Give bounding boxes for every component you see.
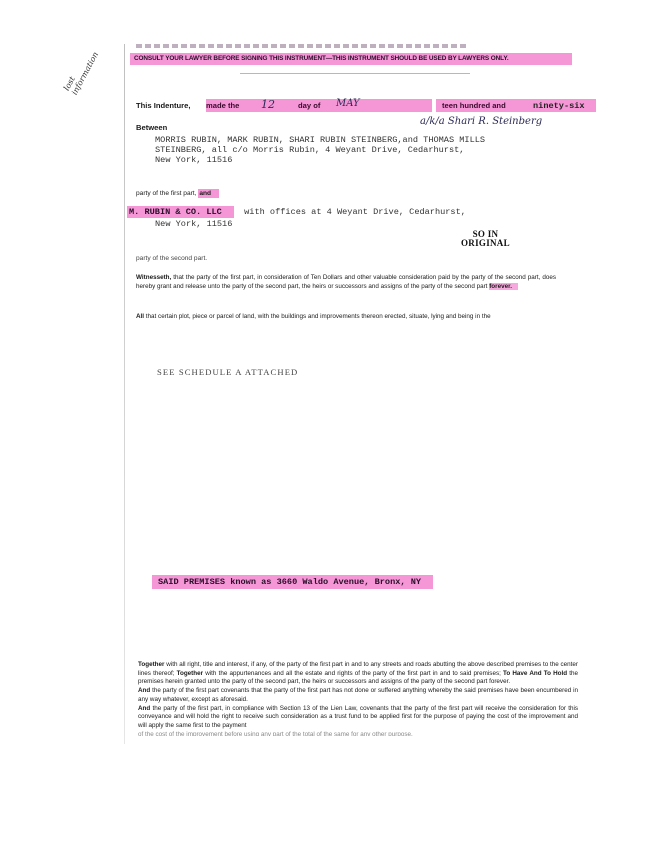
handwritten-month: MAY (336, 98, 360, 109)
stamp-line-2: ORIGINAL (461, 239, 510, 248)
year-prefix: teen hundred and (442, 101, 506, 110)
all-that-clause: All that certain plot, piece or parcel o… (136, 313, 556, 322)
so-in-original-stamp: SO IN ORIGINAL (461, 230, 510, 248)
covenant-cut-line: of the cost of the improvement before us… (138, 731, 578, 736)
first-party-label-line: party of the first part, and (136, 189, 219, 198)
between-label: Between (136, 123, 167, 132)
covenant1-text: the party of the first part covenants th… (138, 687, 578, 703)
forever-highlight: forever. (489, 283, 518, 290)
witnesseth-lead: Witnesseth, (136, 274, 171, 281)
first-party-block: MORRIS RUBIN, MARK RUBIN, SHARI RUBIN ST… (155, 135, 485, 165)
faint-header-text (136, 44, 466, 48)
together-text-2: with the appurtenances and all the estat… (203, 670, 503, 677)
covenants-block: Together with all right, title and inter… (138, 661, 578, 736)
together-lead-2: Together (177, 670, 203, 677)
all-that-text: that certain plot, piece or parcel of la… (144, 313, 491, 320)
second-party-block: M. RUBIN & CO. LLC with offices at 4 Wey… (127, 201, 587, 229)
second-party-name: M. RUBIN & CO. LLC (127, 206, 234, 218)
premises-address: SAID PREMISES known as 3660 Waldo Avenue… (152, 575, 433, 589)
covenant2-text: the party of the first part, in complian… (138, 705, 578, 729)
covenant-lien-law: And the party of the first part, in comp… (138, 705, 578, 731)
witnesseth-clause: Witnesseth, that the party of the first … (136, 274, 556, 291)
day-of-label: day of (298, 101, 320, 110)
second-party-label: party of the second part. (136, 254, 207, 263)
and-label: and (198, 189, 219, 198)
first-party-label: party of the first part, (136, 190, 196, 197)
covenant-not-encumbered: And the party of the first part covenant… (138, 687, 578, 704)
second-party-address: with offices at 4 Weyant Drive, Cedarhur… (234, 207, 466, 217)
year-typed: ninety-six (533, 101, 585, 111)
schedule-note: SEE SCHEDULE A ATTACHED (157, 367, 298, 377)
indenture-line: This Indenture, made the 12 day of MAY t… (136, 99, 596, 113)
handwritten-margin-note: lost information (62, 46, 100, 96)
handwritten-day: 12 (261, 98, 275, 111)
covenant1-lead: And (138, 687, 150, 694)
header-divider (240, 73, 470, 74)
first-party-line-2: STEINBERG, all c/o Morris Rubin, 4 Weyan… (155, 145, 485, 155)
second-party-line-2: New York, 11516 (127, 219, 587, 229)
made-the-label: made the (206, 101, 239, 110)
covenant2-lead: And (138, 705, 150, 712)
indenture-lead: This Indenture, (136, 101, 190, 110)
first-party-line-1: MORRIS RUBIN, MARK RUBIN, SHARI RUBIN ST… (155, 135, 485, 145)
to-have-and-to-hold: To Have And To Hold (503, 670, 567, 677)
lawyer-warning-banner: CONSULT YOUR LAWYER BEFORE SIGNING THIS … (130, 53, 572, 65)
handwritten-aka: a/k/a Shari R. Steinberg (420, 116, 542, 127)
all-that-lead: All (136, 313, 144, 320)
page-left-rule (124, 44, 125, 744)
first-party-line-3: New York, 11516 (155, 155, 485, 165)
together-clause: Together with all right, title and inter… (138, 661, 578, 687)
together-lead: Together (138, 661, 164, 668)
